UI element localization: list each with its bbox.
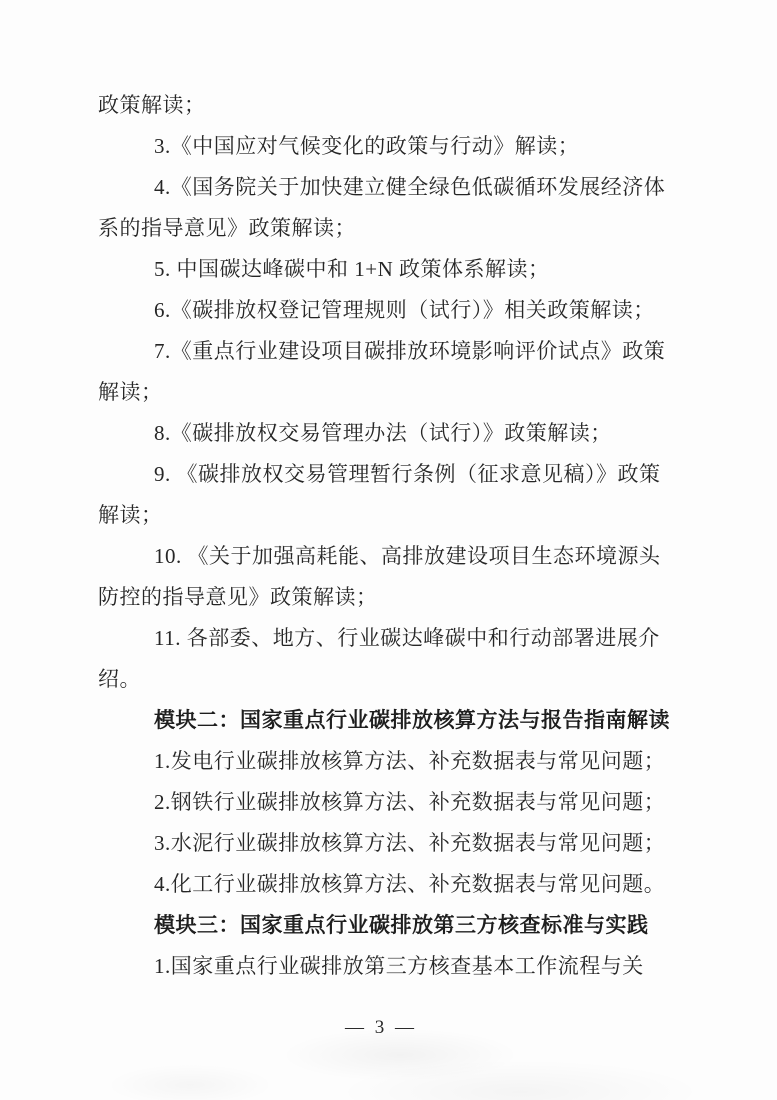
document-line: 防控的指导意见》政策解读；: [98, 577, 664, 618]
document-line: 10. 《关于加强高耗能、高排放建设项目生态环境源头: [98, 536, 664, 577]
document-line: 解读；: [98, 495, 664, 536]
document-line: 政策解读；: [98, 85, 664, 126]
document-line: 8.《碳排放权交易管理办法（试行）》政策解读；: [98, 413, 664, 454]
document-line: 3.《中国应对气候变化的政策与行动》解读；: [98, 126, 664, 167]
document-line: 4.《国务院关于加快建立健全绿色低碳循环发展经济体: [98, 167, 664, 208]
document-line: 4.化工行业碳排放核算方法、补充数据表与常见问题。: [98, 864, 664, 905]
document-line: 系的指导意见》政策解读；: [98, 208, 664, 249]
module-2-heading: 模块二：国家重点行业碳排放核算方法与报告指南解读: [98, 700, 664, 741]
document-line: 1.发电行业碳排放核算方法、补充数据表与常见问题；: [98, 741, 664, 782]
document-line: 5. 中国碳达峰碳中和 1+N 政策体系解读；: [98, 249, 664, 290]
document-line: 解读；: [98, 372, 664, 413]
module-3-heading: 模块三：国家重点行业碳排放第三方核查标准与实践: [98, 905, 664, 946]
document-line: 2.钢铁行业碳排放核算方法、补充数据表与常见问题；: [98, 782, 664, 823]
document-line: 9. 《碳排放权交易管理暂行条例（征求意见稿）》政策: [98, 454, 664, 495]
document-line: 1.国家重点行业碳排放第三方核查基本工作流程与关: [98, 946, 664, 987]
page-number: — 3 —: [98, 1007, 664, 1048]
document-line: 绍。: [98, 659, 664, 700]
document-line: 3.水泥行业碳排放核算方法、补充数据表与常见问题；: [98, 823, 664, 864]
scanned-document-page: 政策解读； 3.《中国应对气候变化的政策与行动》解读； 4.《国务院关于加快建立…: [0, 0, 777, 1100]
document-line: 6.《碳排放权登记管理规则（试行）》相关政策解读；: [98, 290, 664, 331]
document-line: 7.《重点行业建设项目碳排放环境影响评价试点》政策: [98, 331, 664, 372]
document-line: 11. 各部委、地方、行业碳达峰碳中和行动部署进展介: [98, 618, 664, 659]
document-body: 政策解读； 3.《中国应对气候变化的政策与行动》解读； 4.《国务院关于加快建立…: [98, 85, 664, 987]
